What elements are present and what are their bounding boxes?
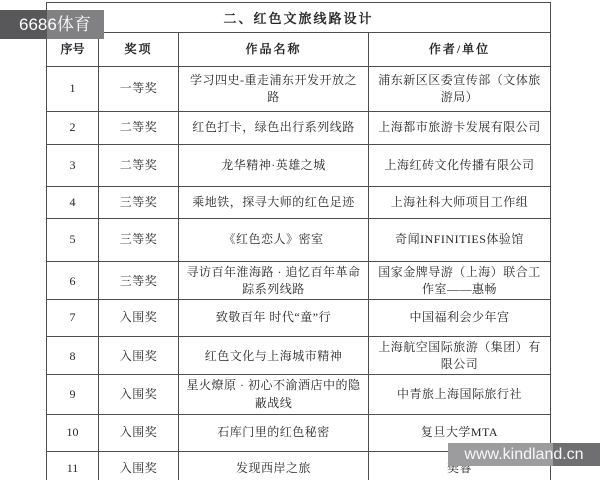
cell-author: 上海都市旅游卡发展有限公司 [369,112,550,144]
cell-work: 发现西岸之旅 [179,452,369,480]
cell-award: 入围奖 [99,300,179,336]
cell-author: 上海红砖文化传播有限公司 [369,145,550,186]
cell-award: 三等奖 [99,219,179,261]
cell-award: 入围奖 [99,415,179,451]
cell-award: 三等奖 [99,262,179,301]
table-row: 4 三等奖 乘地铁，探寻大师的红色足迹 上海社科大师项目工作组 [47,186,550,218]
cell-work: 红色文化与上海城市精神 [179,337,369,376]
page: 二、红色文旅线路设计 序号 奖项 作品名称 作者/单位 1 一等奖 学习四史-重… [0,0,600,480]
column-header-award: 奖项 [99,33,179,66]
cell-no: 7 [47,300,99,336]
table-row: 8 入围奖 红色文化与上海城市精神 上海航空国际旅游（集团）有限公司 [47,336,550,374]
cell-author: 上海航空国际旅游（集团）有限公司 [369,337,550,376]
cell-no: 8 [47,337,99,376]
cell-award: 三等奖 [99,187,179,218]
cell-author: 浦东新区区委宣传部（文体旅游局） [369,67,550,111]
cell-no: 3 [47,145,99,186]
cell-award: 入围奖 [99,375,179,414]
column-header-work: 作品名称 [179,33,369,66]
cell-work: 石库门里的红色秘密 [179,415,369,451]
column-header-author: 作者/单位 [369,33,550,66]
cell-work: 寻访百年淮海路 · 追忆百年革命踪系列线路 [179,262,369,301]
cell-award: 二等奖 [99,112,179,144]
cell-work: 红色打卡，绿色出行系列线路 [179,112,369,144]
cell-author: 中青旅上海国际旅行社 [369,375,550,414]
section-title: 二、红色文旅线路设计 [47,3,550,32]
cell-author: 中国福利会少年宫 [369,300,550,336]
cell-work: 星火燎原 · 初心不渝酒店中的隐蔽战线 [179,375,369,414]
cell-award: 二等奖 [99,145,179,186]
cell-author: 国家金牌导游（上海）联合工作室——惠畅 [369,262,550,301]
cell-no: 10 [47,415,99,451]
cell-no: 11 [47,452,99,480]
cell-no: 1 [47,67,99,111]
table-row: 1 一等奖 学习四史-重走浦东开发开放之路 浦东新区区委宣传部（文体旅游局） [47,66,550,111]
cell-work: 学习四史-重走浦东开发开放之路 [179,67,369,111]
table-header-row: 序号 奖项 作品名称 作者/单位 [47,32,550,66]
cell-work: 《红色恋人》密室 [179,219,369,261]
cell-author: 上海社科大师项目工作组 [369,187,550,218]
awards-table: 二、红色文旅线路设计 序号 奖项 作品名称 作者/单位 1 一等奖 学习四史-重… [46,2,551,480]
table-row: 6 三等奖 寻访百年淮海路 · 追忆百年革命踪系列线路 国家金牌导游（上海）联合… [47,261,550,299]
cell-award: 入围奖 [99,337,179,376]
cell-award: 一等奖 [99,67,179,111]
table-row: 3 二等奖 龙华精神·英雄之城 上海红砖文化传播有限公司 [47,144,550,186]
table-row: 7 入围奖 致敬百年 时代“童”行 中国福利会少年宫 [47,299,550,336]
cell-no: 6 [47,262,99,301]
cell-author: 奇闻INFINITIES体验馆 [369,219,550,261]
cell-award: 入围奖 [99,452,179,480]
table-row: 5 三等奖 《红色恋人》密室 奇闻INFINITIES体验馆 [47,218,550,261]
cell-work: 致敬百年 时代“童”行 [179,300,369,336]
cell-work: 乘地铁，探寻大师的红色足迹 [179,187,369,218]
cell-work: 龙华精神·英雄之城 [179,145,369,186]
watermark-kindland-badge: www.kindland.cn [448,443,600,466]
table-row: 9 入围奖 星火燎原 · 初心不渝酒店中的隐蔽战线 中青旅上海国际旅行社 [47,374,550,414]
cell-no: 9 [47,375,99,414]
cell-no: 4 [47,187,99,218]
table-row: 2 二等奖 红色打卡，绿色出行系列线路 上海都市旅游卡发展有限公司 [47,111,550,144]
cell-no: 2 [47,112,99,144]
watermark-6686-badge: 6686体育 [0,10,104,39]
cell-no: 5 [47,219,99,261]
